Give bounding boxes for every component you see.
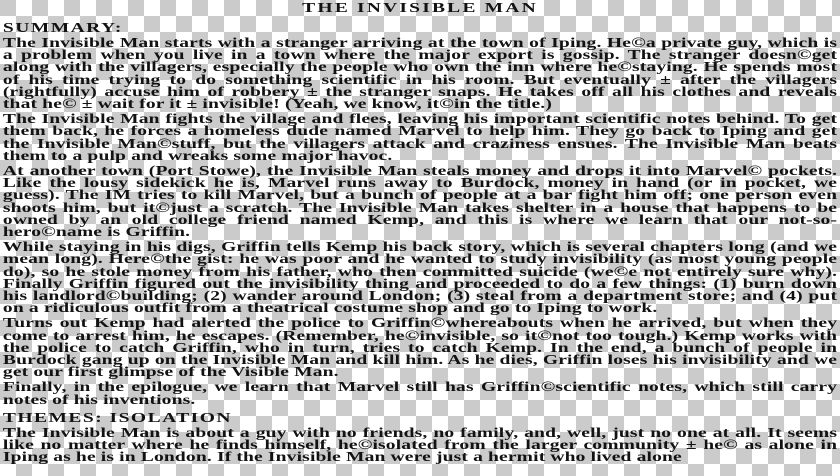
summary-paragraph-2: The Invisible Man fights the village and… [3, 113, 837, 162]
themes-paragraph-1: The Invisible Man is about a guy with no… [3, 427, 837, 464]
summary-paragraph-5: Turns out Kemp had alerted the police to… [3, 317, 837, 378]
document-title: THE INVISIBLE MAN [3, 1, 837, 14]
section-heading-themes: THEMES: ISOLATION [3, 411, 837, 424]
section-heading-summary: SUMMARY: [3, 21, 837, 34]
summary-paragraph-1: The Invisible Man starts with a stranger… [3, 37, 837, 110]
summary-paragraph-6: Finally, in the epilogue, we learn that … [3, 381, 837, 405]
summary-paragraph-3: At another town (Port Stowe), the Invisi… [3, 165, 837, 238]
document-page: THE INVISIBLE MAN SUMMARY: The Invisible… [0, 0, 840, 464]
summary-paragraph-4: While staying in his digs, Griffin tells… [3, 241, 837, 314]
